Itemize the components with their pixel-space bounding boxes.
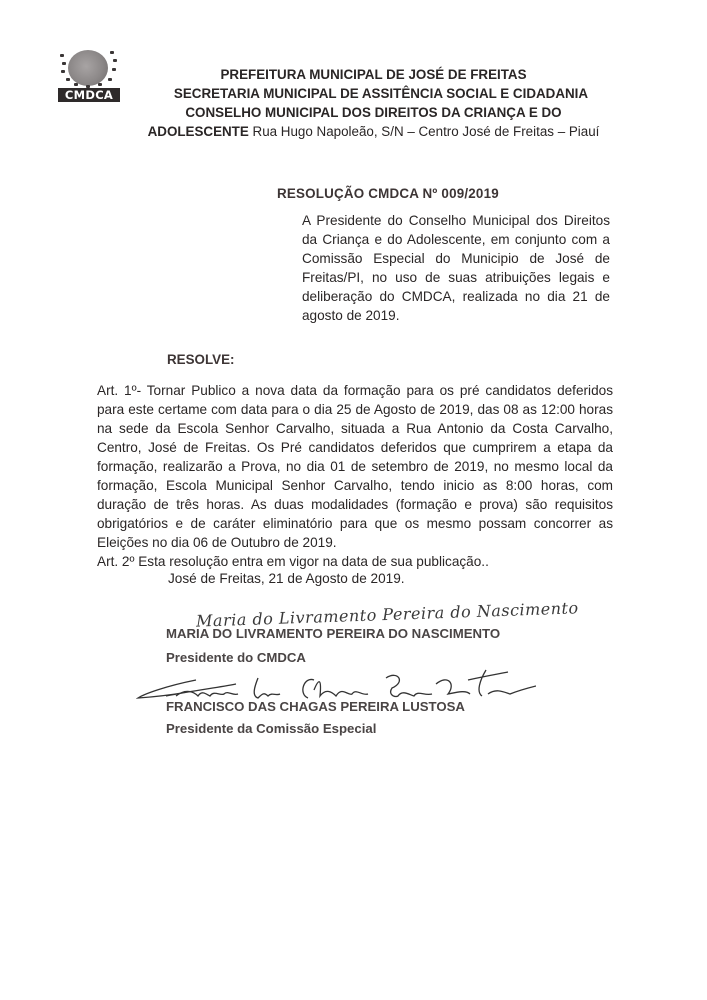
signatory-2-name: FRANCISCO DAS CHAGAS PEREIRA LUSTOSA [166,699,465,714]
header-address-text: Rua Hugo Napoleão, S/N – Centro José de … [249,124,600,139]
header-secretaria: SECRETARIA MUNICIPAL DE ASSITÊNCIA SOCIA… [55,84,707,103]
resolve-label: RESOLVE: [167,352,234,367]
article-2: Art. 2º Esta resolução entra em vigor na… [97,552,613,571]
signatory-2-role: Presidente da Comissão Especial [166,721,376,736]
header-adolescente: ADOLESCENTE [148,124,249,139]
header-prefeitura: PREFEITURA MUNICIPAL DE JOSÉ DE FREITAS [40,65,707,84]
signatory-1-name: MARIA DO LIVRAMENTO PEREIRA DO NASCIMENT… [166,626,500,641]
resolution-title: RESOLUÇÃO CMDCA Nº 009/2019 [277,186,499,201]
header-address: ADOLESCENTE Rua Hugo Napoleão, S/N – Cen… [40,122,707,141]
signatory-1-role: Presidente do CMDCA [166,650,306,665]
resolution-preamble: A Presidente do Conselho Municipal dos D… [302,211,610,325]
resolution-articles: Art. 1º- Tornar Publico a nova data da f… [97,381,613,571]
place-date: José de Freitas, 21 de Agosto de 2019. [168,571,405,586]
header-conselho: CONSELHO MUNICIPAL DOS DIREITOS DA CRIAN… [40,103,707,122]
article-1: Art. 1º- Tornar Publico a nova data da f… [97,381,613,552]
